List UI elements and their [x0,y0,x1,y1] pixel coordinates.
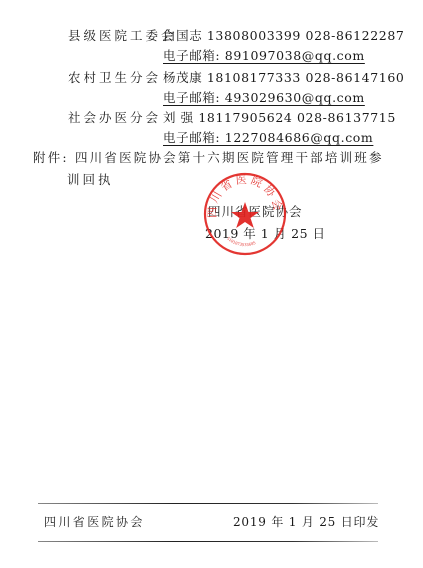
contact-person-phone-2: 杨茂康 18108177333 028-86147160 [163,70,404,86]
attachment-line-1: 附件: 四川省医院协会第十六期医院管理干部培训班参 [33,150,384,166]
footer-issuer: 四川省医院协会 [44,514,145,530]
contact-email-2[interactable]: 电子邮箱: 493029630@qq.com [163,90,365,106]
footer-issued-date: 2019 年 1 月 25 日印发 [233,514,379,530]
contact-org-1: 县级医院工委会 [68,28,177,44]
contact-person-phone-1: 白国志 13808003399 028-86122287 [163,28,404,44]
svg-text:5101073533605: 5101073533605 [226,236,257,248]
contact-email-3[interactable]: 电子邮箱: 1227084686@qq.com [163,130,373,146]
contact-person-phone-3: 刘 强 18117905624 028-86137715 [163,110,396,126]
contact-org-2: 农村卫生分会 [68,70,161,86]
footer-bottom-rule [38,541,378,542]
contact-org-3: 社会办医分会 [68,110,161,126]
official-seal-icon: 四川省医院协会 5101073533605 [203,172,287,256]
contact-email-1[interactable]: 电子邮箱: 891097038@qq.com [163,48,365,64]
attachment-line-2: 训回执 [67,172,114,188]
document-page: 县级医院工委会 白国志 13808003399 028-86122287 电子邮… [0,0,423,568]
footer-top-rule [38,503,378,504]
